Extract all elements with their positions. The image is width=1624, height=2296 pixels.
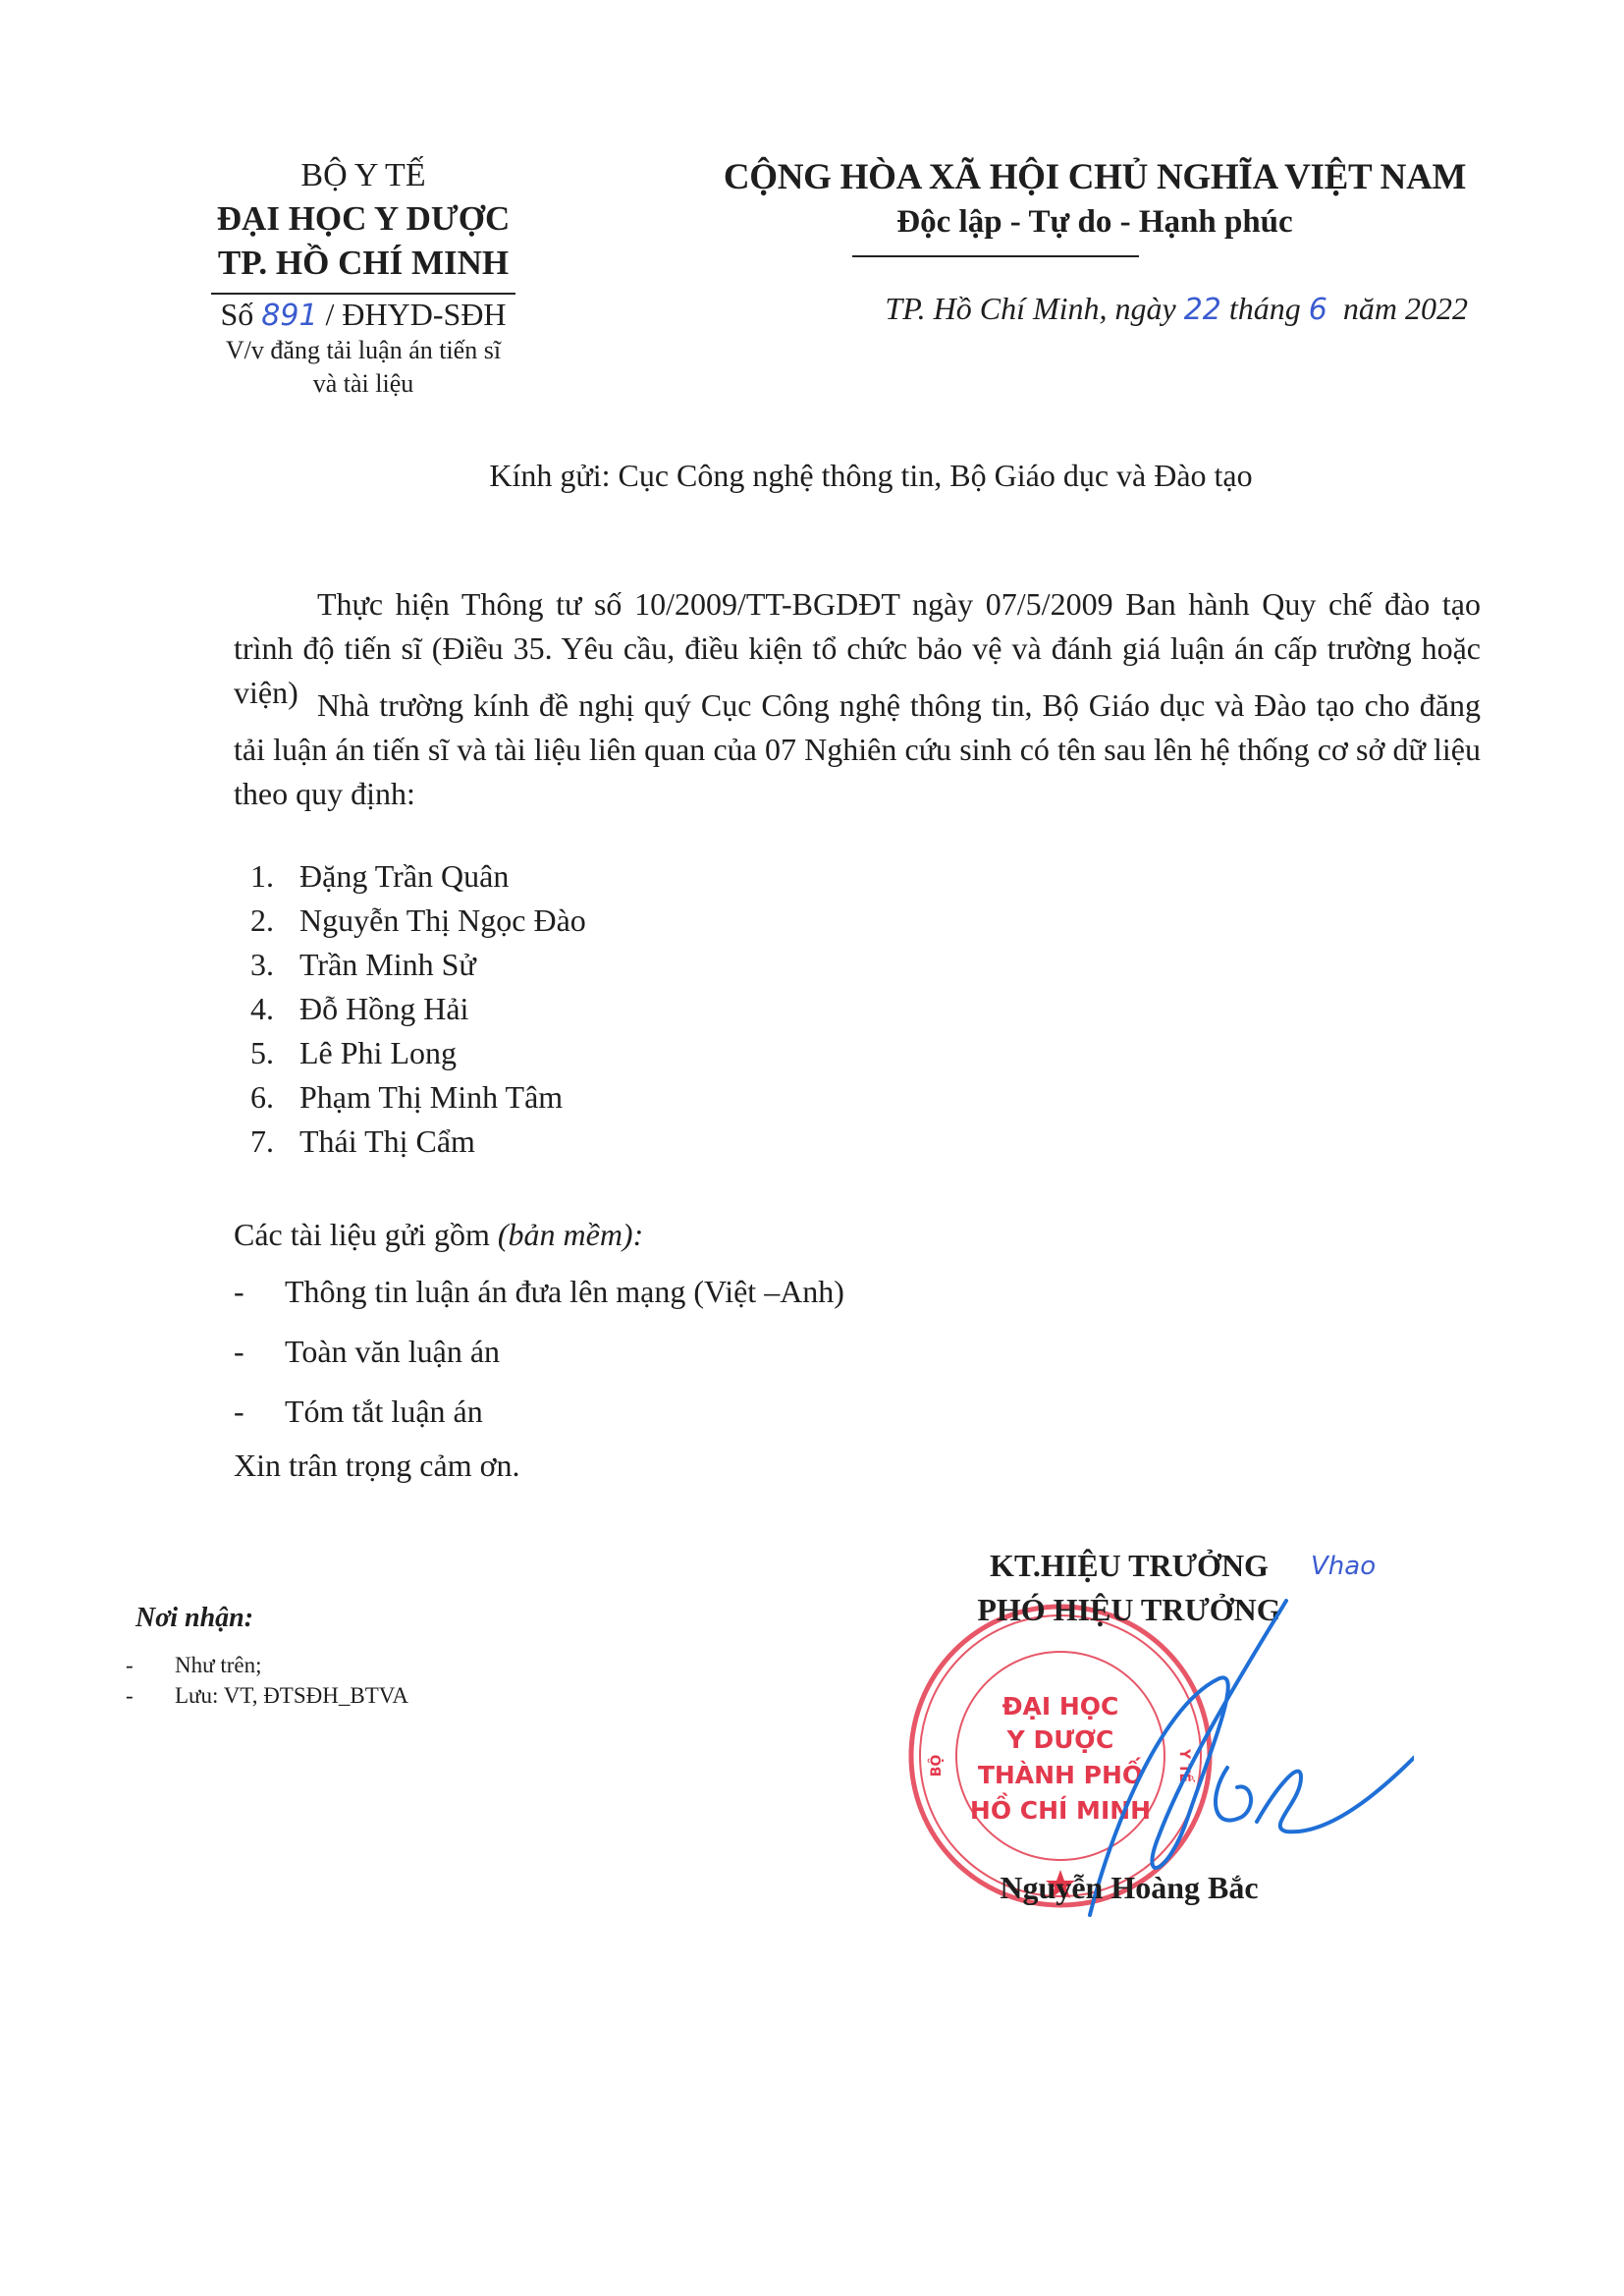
closing-line: Xin trân trọng cảm ơn. [234, 1444, 520, 1488]
signature-title-line1: KT.HIỆU TRƯỞNG [903, 1544, 1355, 1588]
documents-intro: Các tài liệu gửi gồm (bản mềm): [234, 1213, 643, 1257]
signature-title-line2: PHÓ HIỆU TRƯỞNG [903, 1588, 1355, 1632]
subject-line1: V/v đăng tải luận án tiến sĩ [147, 334, 579, 367]
stamp-line3: THÀNH PHỐ [978, 1757, 1143, 1789]
university-name-line1: ĐẠI HỌC Y DƯỢC [147, 196, 579, 241]
document-subject: V/v đăng tải luận án tiến sĩ và tài liệu [147, 334, 579, 401]
date-year: năm 2022 [1343, 291, 1468, 326]
handwritten-initial: Vhao [1311, 1552, 1376, 1581]
list-item: -Như trên; [126, 1650, 408, 1680]
ministry-name: BỘ Y TẾ [147, 155, 579, 196]
list-item: 6.Phạm Thị Minh Tâm [250, 1075, 586, 1120]
recipients-list: -Như trên; -Lưu: VT, ĐTSĐH_BTVA [126, 1650, 408, 1711]
list-item: 5.Lê Phi Long [250, 1031, 586, 1075]
date-prefix: TP. Hồ Chí Minh, ngày [885, 291, 1175, 326]
stamp-right-edge: Y TẾ [1176, 1748, 1195, 1783]
paragraph-request: Nhà trường kính đề nghị quý Cục Công ngh… [234, 683, 1481, 816]
list-item: 7.Thái Thị Cẩm [250, 1120, 586, 1164]
candidate-name: Lê Phi Long [299, 1031, 457, 1075]
paragraph-request-text: Nhà trường kính đề nghị quý Cục Công ngh… [234, 683, 1481, 816]
document-number-prefix: Số [220, 297, 253, 332]
candidate-list: 1.Đặng Trần Quân 2.Nguyễn Thị Ngọc Đào 3… [250, 854, 586, 1164]
date-day-handwritten: 22 [1184, 293, 1221, 327]
list-item: 1.Đặng Trần Quân [250, 854, 586, 899]
stamp-line4: HỒ CHÍ MINH [970, 1792, 1151, 1825]
list-item: 4.Đỗ Hồng Hải [250, 987, 586, 1031]
national-motto: Độc lập - Tự do - Hạnh phúc [677, 200, 1512, 244]
nation-title: CỘNG HÒA XÃ HỘI CHỦ NGHĨA VIỆT NAM [677, 155, 1512, 200]
candidate-name: Đỗ Hồng Hải [299, 987, 468, 1031]
documents-intro-note: (bản mềm): [498, 1217, 643, 1252]
university-name-line2: TP. HỒ CHÍ MINH [147, 241, 579, 285]
candidate-name: Nguyễn Thị Ngọc Đào [299, 899, 586, 943]
document-item: Toàn văn luận án [285, 1334, 500, 1370]
candidate-name: Trần Minh Sử [299, 943, 476, 987]
national-header: CỘNG HÒA XÃ HỘI CHỦ NGHĨA VIỆT NAM Độc l… [677, 155, 1512, 244]
recipients-title: Nơi nhận: [135, 1603, 253, 1634]
signer-name: Nguyễn Hoàng Bắc [903, 1870, 1355, 1906]
subject-line2: và tài liệu [147, 367, 579, 401]
date-month-label: tháng [1229, 291, 1301, 326]
document-number: Số 891 / ĐHYD-SĐH [147, 293, 579, 338]
issue-date: TP. Hồ Chí Minh, ngày 22 tháng 6 năm 202… [677, 287, 1512, 332]
candidate-name: Phạm Thị Minh Tâm [299, 1075, 563, 1120]
issuer-block: BỘ Y TẾ ĐẠI HỌC Y DƯỢC TP. HỒ CHÍ MINH [147, 155, 579, 285]
list-item: 3.Trần Minh Sử [250, 943, 586, 987]
official-stamp: ĐẠI HỌC Y DƯỢC THÀNH PHỐ HỒ CHÍ MINH BỘ … [903, 1599, 1218, 1913]
list-item: -Toàn văn luận án [234, 1322, 844, 1382]
addressee: Kính gửi: Cục Công nghệ thông tin, Bộ Gi… [0, 454, 1624, 497]
motto-divider [852, 255, 1139, 257]
documents-list: -Thông tin luận án đưa lên mạng (Việt –A… [234, 1262, 844, 1442]
document-number-handwritten: 891 [261, 299, 317, 333]
stamp-left-edge: BỘ [927, 1755, 945, 1777]
stamp-line1: ĐẠI HỌC [1002, 1692, 1119, 1721]
list-item: -Lưu: VT, ĐTSĐH_BTVA [126, 1680, 408, 1711]
list-item: -Tóm tắt luận án [234, 1382, 844, 1442]
candidate-name: Thái Thị Cẩm [299, 1120, 475, 1164]
list-item: 2.Nguyễn Thị Ngọc Đào [250, 899, 586, 943]
date-month-handwritten: 6 [1309, 293, 1327, 327]
stamp-line2: Y DƯỢC [1006, 1725, 1114, 1754]
candidate-name: Đặng Trần Quân [299, 854, 509, 899]
list-item: -Thông tin luận án đưa lên mạng (Việt –A… [234, 1262, 844, 1322]
signature-title: KT.HIỆU TRƯỞNG PHÓ HIỆU TRƯỞNG [903, 1544, 1355, 1632]
document-item: Tóm tắt luận án [285, 1394, 483, 1430]
document-number-suffix: / ĐHYD-SĐH [326, 297, 507, 332]
document-item: Thông tin luận án đưa lên mạng (Việt –An… [285, 1274, 844, 1310]
